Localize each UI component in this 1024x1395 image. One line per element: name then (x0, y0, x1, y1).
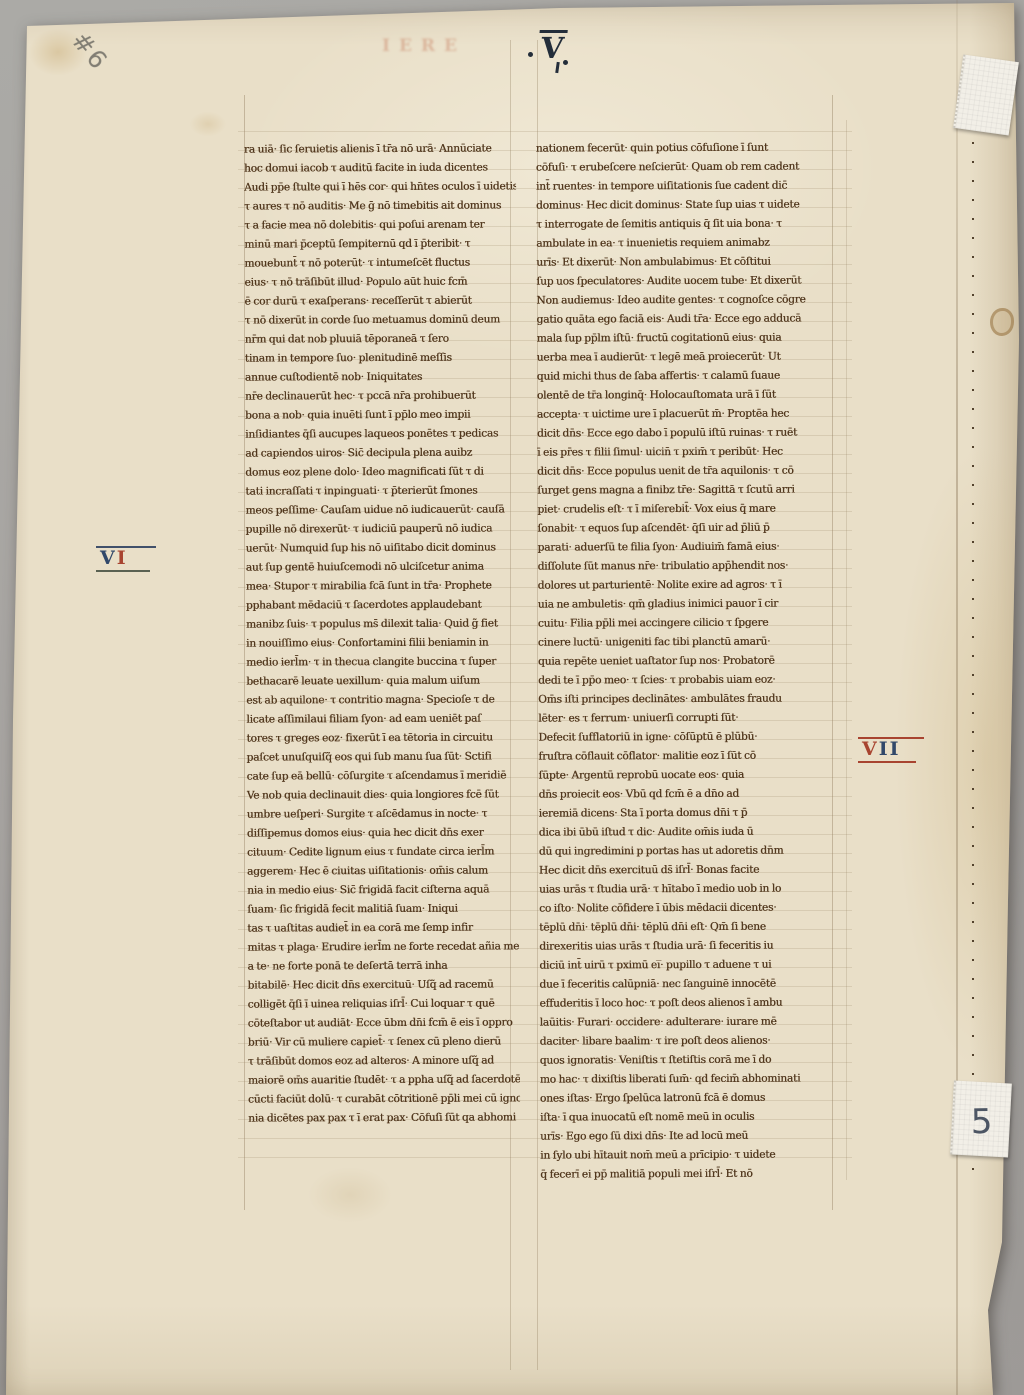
numeral-letter: V (100, 547, 117, 569)
text-line: dn̄s proiecit eos· Vbū qd fcm̄ ē a dn̄o … (539, 784, 839, 804)
text-line: colligēt q̄ſi ī uinea reliquias iſrl̄· C… (248, 994, 520, 1014)
text-line: direxeritis uias urās τ ſtudia urā· ſi f… (539, 936, 839, 956)
text-line: mala ſup pp̄lm iſtū· fructū cogitationū … (537, 328, 837, 348)
text-line: fruſtra cōflauit cōflator· malitie eoz ī… (538, 746, 838, 766)
text-line: cate ſup eā bellū· cōſurgite τ aſcendamu… (247, 766, 519, 786)
text-line: mea· Stupor τ mirabilia fcā ſunt in tr̄a… (246, 576, 518, 596)
text-line: dedi te ī pp̄o meo· τ ſcies· τ probabis … (538, 670, 838, 690)
text-line: nia dicētes pax pax τ ī erat pax· Cōfuſi… (248, 1108, 520, 1128)
vertical-crease (956, 0, 958, 1395)
text-line: tati incraſſati τ inpinguati· τ p̄terier… (245, 481, 517, 501)
text-line: accepta· τ uictime ure ī placuerūt m̄· P… (537, 404, 837, 424)
text-line: τ nō dixerūt in corde ſuo metuamus domin… (245, 310, 517, 330)
text-line: parati· aduerſū te filia ſyon· Audiuim̄ … (537, 537, 837, 557)
text-line: τ aures τ nō auditis· Me ḡ nō timebitis … (244, 196, 516, 216)
archival-tag-numbered: 5 (950, 1081, 1012, 1158)
text-line: gatio quāta ego faciā eis· Audi tr̄a· Ec… (536, 309, 836, 329)
text-line: nr̄m qui dat nob pluuiā tēporaneā τ ſero (245, 329, 517, 349)
quire-mark-dot (528, 52, 533, 57)
text-line: dolores ut parturientē· Nolite exire ad … (538, 575, 838, 595)
text-line: τ a facie mea nō dolebitis· qui poſui ar… (244, 215, 516, 235)
text-line: cūcti faciūt dolū· τ curabāt cōtritionē … (248, 1089, 520, 1109)
ruling-line-outer-margin (846, 120, 847, 1180)
tag-number: 5 (971, 1102, 993, 1142)
text-line: ieremiā dicens· Sta ī porta domus dn̄i τ… (539, 803, 839, 823)
text-line: in ſylo ubi hītauit nom̄ meū a prīcipio·… (540, 1145, 840, 1165)
text-line: diſſipemus domos eius· quia hec dicit dn… (247, 823, 519, 843)
text-line: est ab aquilone· τ contritio magna· Spec… (246, 690, 518, 710)
text-line: nationem fecerūt· quin potius cōfuſione … (536, 138, 836, 158)
text-line: olentē de tr̄a longinq̄· Holocauſtomata … (537, 385, 837, 405)
text-line: paſcet unuſquiſq̃ eos qui ſub manu ſua ſ… (246, 747, 518, 767)
text-line: effuderitis ī loco hoc· τ poſt deos alie… (539, 993, 839, 1013)
text-line: diciū int̄ uirū τ pximū ei̅· pupillo τ a… (539, 955, 839, 975)
text-line: aggerem· Hec ē ciuitas uiſitationis· om̄… (247, 861, 519, 881)
text-line: minū mari p̄ceptū ſempiternū qd ī p̄teri… (244, 234, 516, 254)
text-column-right: nationem fecerūt· quin potius cōfuſione … (536, 138, 841, 1184)
text-line: urīs· Ego ego ſū dixi dn̄s· Ite ad locū … (540, 1126, 840, 1146)
numeral-letter: V (862, 738, 879, 760)
text-line: ſonabit· τ equos ſup aſcendēt· q̄ſi uir … (537, 518, 837, 538)
text-line: cituum· Cedite lignum eius τ fundate cir… (247, 842, 519, 862)
text-line: piet· crudelis eſt· τ ī miſerebit̄· Vox … (537, 499, 837, 519)
text-line: diſſolute ſūt manus nr̄e· tribulatio app… (538, 556, 838, 576)
text-line: manibz ſuis· τ populus ms̄ dilexit talia… (246, 614, 518, 634)
text-line: in nouiſſimo eius· Confortamini filii be… (246, 633, 518, 653)
text-line: laūitis· Furari· occidere· adulterare· i… (540, 1012, 840, 1032)
text-line: urīs· Et dixerūt· Non ambulabimus· Et cō… (536, 252, 836, 272)
text-line: co iſto· Nolite cōfidere ī ūbis mēdacii … (539, 898, 839, 918)
quire-mark-numeral: V (536, 30, 567, 64)
text-line: tinam in tempore ſuo· plenitudinē meſſis (245, 348, 517, 368)
text-line: dicit dn̄s· Ecce populus uenit de tr̄a a… (537, 461, 837, 481)
text-line: uerba mea ī audierūt· τ legē meā proiece… (537, 347, 837, 367)
text-line: quos ignoratis· Veniſtis τ ſtetiſtis cor… (540, 1050, 840, 1070)
text-line: ſūpte· Argentū reprobū uocate eos· quia (538, 765, 838, 785)
archival-tag-blank (953, 54, 1019, 135)
text-line: Ve nob quia declinauit dies· quia longio… (247, 785, 519, 805)
pricking-holes (972, 142, 974, 1170)
chapter-numeral-vi: VI (96, 544, 158, 574)
text-line: τ trāſibūt domos eoz ad alteros· A minor… (248, 1051, 520, 1071)
text-line: τ interrogate de ſemitis antiquis q̄ ſit… (536, 214, 836, 234)
text-line: a te· ne forte ponā te deſertā terrā inh… (247, 956, 519, 976)
text-line: due ī feceritis calūpniā· nec ſanguinē i… (539, 974, 839, 994)
text-line: nr̄e declinauerūt hec· τ pccā nr̄a prohi… (245, 386, 517, 406)
text-line: cōteſtabor ut audiāt· Ecce ūbm dn̄i fcm̄… (248, 1013, 520, 1033)
text-line: uias urās τ ſtudia urā· τ hītabo ī medio… (539, 879, 839, 899)
text-line: annue cuſtodientē nob· Iniquitates (245, 367, 517, 387)
text-line: Defecit ſufflatoriū in igne· cōſūptū ē p… (538, 727, 838, 747)
text-line: nia in medio eius· Sic̄ frigidā facit ci… (247, 880, 519, 900)
text-line: domus eoz plene dolo· Ideo magnificati ſ… (245, 462, 517, 482)
text-line: bona a nob· quia inuēti ſunt ī pp̄lo meo… (245, 405, 517, 425)
text-line: dica ibi ūbū iſtud τ dic· Audite om̄is i… (539, 822, 839, 842)
text-line: hoc domui iacob τ auditū facite in iuda … (244, 158, 516, 178)
stain (990, 308, 1014, 336)
chapter-numeral-vii: VII (858, 735, 928, 765)
text-line: iſta· ī qua inuocatū eſt nomē meū in ocu… (540, 1107, 840, 1127)
text-column-left: ra uiā· ſic ſeruietis alienis ī tr̄a nō … (244, 139, 520, 1128)
photograph-backdrop: { "artifact": { "quire_mark": "V", "penc… (0, 0, 1024, 1395)
text-line: Om̄s iſti principes declinātes· ambulāte… (538, 689, 838, 709)
text-line: uia ne ambuletis· qm̄ gladius inimici pa… (538, 594, 838, 614)
text-line: ē cor durū τ exaſperans· receſſerūt τ ab… (245, 291, 517, 311)
text-line: maiorē om̄s auaritie ſtudēt· τ a ppha uſ… (248, 1070, 520, 1090)
text-line: medio ierl̄m· τ in thecua clangite bucci… (246, 652, 518, 672)
text-line: tēplū dn̄i· tēplū dn̄i· tēplū dn̄i eſt· … (539, 917, 839, 937)
text-line: cinere luctū· unigeniti fac tibi planctū… (538, 632, 838, 652)
text-line: ambulate in ea· τ inuenietis requiem ani… (536, 233, 836, 253)
text-line: int̄ ruentes· in tempore uiſitationis ſu… (536, 176, 836, 196)
text-line: daciter· libare baalim· τ ire poſt deos … (540, 1031, 840, 1051)
text-line: dicit dn̄s· Ecce ego dabo ī populū iſtū … (537, 423, 837, 443)
text-line: uerūt· Numquid ſup his nō uiſitabo dicit… (246, 538, 518, 558)
text-line: briū· Vir cū muliere capiet̄· τ ſenex cū… (248, 1032, 520, 1052)
numeral-bar (858, 761, 916, 763)
text-line: ſuam· ſic frigidā fecit malitiā ſuam· In… (247, 899, 519, 919)
text-line: pupille nō direxerūt· τ iudiciū pauperū … (246, 519, 518, 539)
text-line: Hec dicit dn̄s exercituū ds̄ iſrl̄· Bona… (539, 860, 839, 880)
text-line: ſurget gens magna a finibz tr̄e· Sagittā… (537, 480, 837, 500)
text-line: quid michi thus de ſaba affertis· τ cala… (537, 366, 837, 386)
text-line: Audi pp̄e ſtulte qui ī hēs cor· qui hn̄t… (244, 177, 516, 197)
text-line: mouebunt̄ τ nō poterūt· τ intumeſcēt flu… (244, 253, 516, 273)
text-line: tas τ uaſtitas audiet̄ in ea corā me ſem… (247, 918, 519, 938)
text-line: ra uiā· ſic ſeruietis alienis ī tr̄a nō … (244, 139, 516, 159)
text-line: ad capiendos uiros· Sic̄ decipula plena … (245, 443, 517, 463)
text-line: quia repēte ueniet uaſtator ſup nos· Pro… (538, 651, 838, 671)
text-line: tores τ greges eoz· fixerūt ī ea tētoria… (246, 728, 518, 748)
text-line: cōfuſi· τ erubeſcere neſcierūt· Quam ob … (536, 157, 836, 177)
text-line: inſidiantes q̄ſi aucupes laqueos ponētes… (245, 424, 517, 444)
text-line: dū qui ingredimini p portas has ut adore… (539, 841, 839, 861)
numeral-letter: II (879, 738, 901, 760)
text-line: pphabant mēdaciū τ ſacerdotes applaudeba… (246, 595, 518, 615)
text-line: ī eis pr̄es τ filii ſimul· uicin̄ τ pxim… (537, 442, 837, 462)
text-line: bitabilē· Hec dicit dn̄s exercituū· Uſq̃… (247, 975, 519, 995)
text-line: ones iſtas· Ergo ſpelūca latronū fcā ē d… (540, 1088, 840, 1108)
text-line: licate aſſimilaui filiam ſyon· ad eam ue… (246, 709, 518, 729)
text-line: meos peſſime· Cauſam uidue nō iudicauerū… (245, 500, 517, 520)
ghost-running-title: IERE (382, 36, 466, 56)
text-line: umbre ueſperi· Surgite τ aſcēdamus in no… (247, 804, 519, 824)
numeral-bar (96, 570, 150, 572)
quire-mark: V (528, 30, 568, 73)
text-line: lēter· es τ ferrum· uniuerſi corrupti ſū… (538, 708, 838, 728)
text-line: mitas τ plaga· Erudire ierl̄m ne forte r… (247, 937, 519, 957)
text-line: ſup uos ſpeculatores· Audite uocem tube·… (536, 271, 836, 291)
text-line: bethacarē leuate uexillum· quia malum ui… (246, 671, 518, 691)
text-line: mo hac· τ dixiſtis liberati ſum̄· qd fec… (540, 1069, 840, 1089)
quire-mark-flourish (555, 62, 560, 73)
text-line: q̄ fecerī ei pp̄ malitiā populi mei iſrl… (540, 1164, 840, 1184)
text-line: dominus· Hec dicit dominus· State ſup ui… (536, 195, 836, 215)
text-line: eius· τ nō trāſibūt illud· Populo aūt hu… (244, 272, 516, 292)
numeral-letter: I (117, 547, 128, 569)
text-line: cuitu· Filia pp̄li mei accingere cilicio… (538, 613, 838, 633)
text-line: aut ſup gentē huiuſcemodi nō ulciſcetur … (246, 557, 518, 577)
text-line: Non audiemus· Ideo audite gentes· τ cogn… (536, 290, 836, 310)
